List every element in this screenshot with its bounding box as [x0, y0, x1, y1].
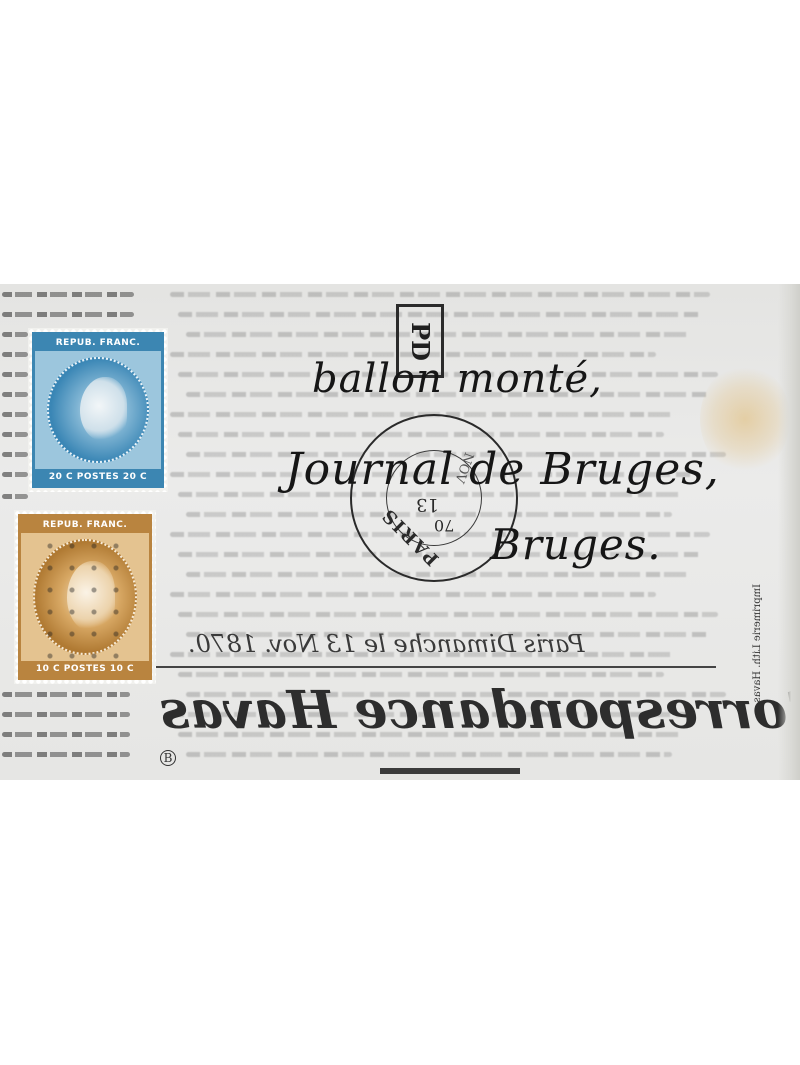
- handwriting-line: [2, 372, 28, 377]
- address-line-1: ballon monté,: [312, 356, 603, 402]
- handwriting-line: [2, 752, 130, 757]
- handwriting-line: [2, 452, 28, 457]
- handwriting-line: [2, 432, 28, 437]
- postmark-year: 70: [434, 516, 454, 535]
- handwriting-line: [2, 732, 130, 737]
- address-line-2: Journal de Bruges,: [285, 444, 720, 495]
- ceres-medallion: [47, 357, 149, 463]
- stamp-top-label: REPUB. FRANC.: [35, 335, 161, 351]
- ceres-head-icon: [80, 377, 127, 440]
- handwriting-line: [2, 392, 28, 397]
- postal-cover: REPUB. FRANC. 20 C POSTES 20 C REPUB. FR…: [0, 284, 800, 780]
- mirrored-title: Correspondance Havas: [160, 680, 800, 741]
- header-rule: [156, 666, 716, 668]
- stamp-20c-blue: REPUB. FRANC. 20 C POSTES 20 C: [28, 328, 168, 492]
- handwriting-line: [2, 312, 134, 317]
- handwriting-line: [2, 412, 28, 417]
- printer-imprint: Imprimerie Lith. Havas: [752, 584, 763, 702]
- address-line-3: Bruges.: [490, 520, 662, 569]
- handwriting-line: [2, 292, 134, 297]
- stamp-top-label: REPUB. FRANC.: [21, 517, 149, 533]
- handwriting-line: [2, 692, 130, 697]
- handwriting-line: [2, 332, 28, 337]
- stamp-bottom-label: 20 C POSTES 20 C: [35, 469, 161, 485]
- bottom-rule: [380, 768, 520, 774]
- mirrored-date-line: Paris Dimanche le 13 Nov. 1870.: [188, 630, 584, 658]
- handwriting-line: [2, 494, 28, 499]
- star-cancel-icon: [39, 535, 131, 659]
- handwriting-line: [2, 712, 130, 717]
- circled-mark: B: [160, 750, 176, 766]
- handwriting-line: [2, 352, 28, 357]
- stamp-bottom-label: 10 C POSTES 10 C: [21, 661, 149, 677]
- stamp-10c-bistre: REPUB. FRANC. 10 C POSTES 10 C: [14, 510, 156, 684]
- handwriting-line: [2, 472, 28, 477]
- postmark-day: 13: [416, 494, 439, 515]
- pd-text: PD: [405, 322, 434, 361]
